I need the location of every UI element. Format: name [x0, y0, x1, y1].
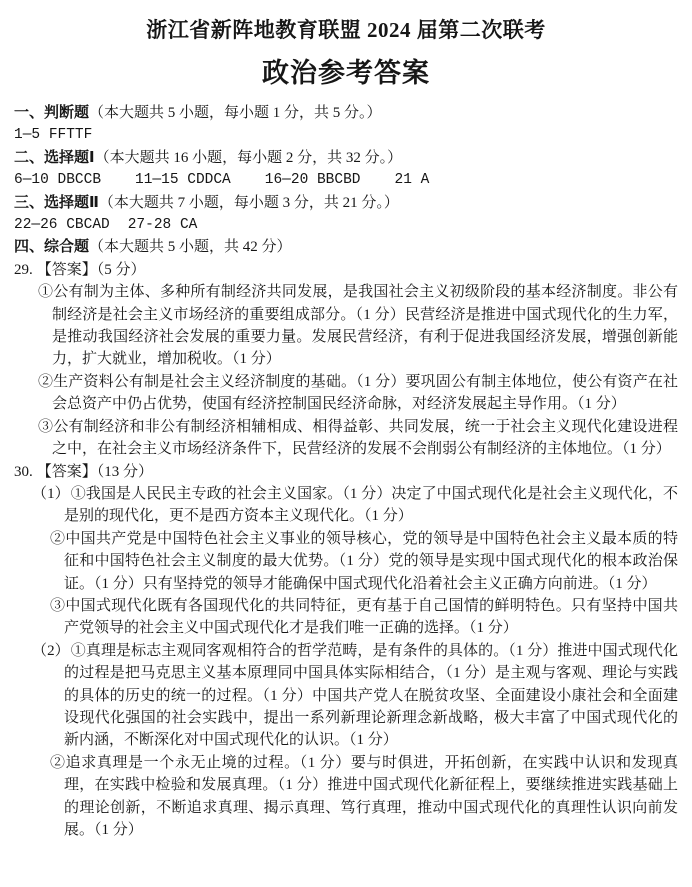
- document-body: 一、判断题（本大题共 5 小题，每小题 1 分，共 5 分。） 1—5 FFTT…: [14, 102, 678, 841]
- question-number: 30.: [14, 464, 33, 480]
- answer-letters: CDDCA: [187, 172, 231, 188]
- answer-range: 27-28: [128, 217, 172, 233]
- answer-point: ②生产资料公有制是社会主义经济制度的基础。（1 分）要巩固公有制主体地位，使公有…: [14, 371, 678, 416]
- answer-row-judgment: 1—5 FFTTF: [14, 124, 678, 146]
- section-heading-comprehensive: 四、综合题（本大题共 5 小题，共 42 分）: [14, 236, 678, 258]
- section-note: （本大题共 7 小题，每小题 3 分，共 21 分。）: [99, 195, 399, 211]
- part-marker: （1）: [32, 486, 70, 502]
- section-heading-judgment: 一、判断题（本大题共 5 小题，每小题 1 分，共 5 分。）: [14, 102, 678, 124]
- answer-label: 【答案】: [37, 262, 97, 278]
- answer-group: 21 A: [395, 169, 430, 191]
- answer-letters: CBCAD: [66, 217, 110, 233]
- question-30: 30.【答案】（13 分） （1）①我国是人民民主专政的社会主义国家。（1 分）…: [14, 461, 678, 842]
- answer-letters: FFTTF: [49, 127, 93, 143]
- answer-letters: A: [421, 172, 430, 188]
- answer-point: ③中国式现代化既有各国现代化的共同特征，更有基于自己国情的鲜明特色。只有坚持中国…: [14, 595, 678, 640]
- answer-point: （2）①真理是标志主观同客观相符合的哲学范畴，是有条件的具体的。（1 分）推进中…: [14, 640, 678, 752]
- section-label: 二、选择题Ⅰ: [14, 149, 95, 166]
- answer-point: ②中国共产党是中国特色社会主义事业的领导核心，党的领导是中国特色社会主义最本质的…: [14, 528, 678, 595]
- answer-group: 1—5 FFTTF: [14, 124, 92, 146]
- answer-group: 27-28 CA: [128, 214, 198, 236]
- question-29-header: 29.【答案】（5 分）: [14, 259, 678, 281]
- answer-letters: CA: [180, 217, 197, 233]
- score-label: （13 分）: [97, 464, 153, 480]
- question-30-part-2: （2）①真理是标志主观同客观相符合的哲学范畴，是有条件的具体的。（1 分）推进中…: [14, 640, 678, 842]
- answer-key-page: 浙江省新阵地教育联盟 2024 届第二次联考 政治参考答案 一、判断题（本大题共…: [0, 0, 692, 887]
- exam-title: 浙江省新阵地教育联盟 2024 届第二次联考: [14, 14, 678, 46]
- answer-point-text: ①真理是标志主观同客观相符合的哲学范畴，是有条件的具体的。（1 分）推进中国式现…: [64, 643, 678, 749]
- answer-group: 11—15 CDDCA: [135, 169, 231, 191]
- answer-point-text: ①我国是人民民主专政的社会主义国家。（1 分）决定了中国式现代化是社会主义现代化…: [64, 486, 678, 524]
- answer-range: 6—10: [14, 172, 49, 188]
- answer-row-choice1: 6—10 DBCCB 11—15 CDDCA 16—20 BBCBD 21 A: [14, 169, 678, 191]
- answer-group: 22—26 CBCAD: [14, 214, 110, 236]
- answer-point: ③公有制经济和非公有制经济相辅相成、相得益彰、共同发展，统一于社会主义现代化建设…: [14, 416, 678, 461]
- question-30-part-1: （1）①我国是人民民主专政的社会主义国家。（1 分）决定了中国式现代化是社会主义…: [14, 483, 678, 640]
- section-note: （本大题共 5 小题，共 42 分）: [89, 239, 292, 255]
- score-label: （5 分）: [97, 262, 146, 278]
- section-heading-choice1: 二、选择题Ⅰ（本大题共 16 小题，每小题 2 分，共 32 分。）: [14, 147, 678, 169]
- section-heading-choice2: 三、选择题Ⅱ（本大题共 7 小题，每小题 3 分，共 21 分。）: [14, 192, 678, 214]
- answer-letters: BBCBD: [317, 172, 361, 188]
- answer-range: 22—26: [14, 217, 58, 233]
- section-note: （本大题共 16 小题，每小题 2 分，共 32 分。）: [95, 150, 403, 166]
- question-number: 29.: [14, 262, 33, 278]
- section-label: 一、判断题: [14, 104, 89, 121]
- section-label: 三、选择题Ⅱ: [14, 194, 99, 211]
- section-note: （本大题共 5 小题，每小题 1 分，共 5 分。）: [89, 105, 382, 121]
- answer-label: 【答案】: [37, 464, 97, 480]
- question-30-header: 30.【答案】（13 分）: [14, 461, 678, 483]
- page-title: 政治参考答案: [14, 55, 678, 91]
- answer-point: （1）①我国是人民民主专政的社会主义国家。（1 分）决定了中国式现代化是社会主义…: [14, 483, 678, 528]
- answer-range: 16—20: [265, 172, 309, 188]
- answer-group: 16—20 BBCBD: [265, 169, 361, 191]
- answer-range: 11—15: [135, 172, 179, 188]
- answer-group: 6—10 DBCCB: [14, 169, 101, 191]
- answer-point: ②追求真理是一个永无止境的过程。（1 分）要与时俱进，开拓创新，在实践中认识和发…: [14, 752, 678, 842]
- answer-row-choice2: 22—26 CBCAD 27-28 CA: [14, 214, 678, 236]
- question-29: 29.【答案】（5 分） ①公有制为主体、多种所有制经济共同发展，是我国社会主义…: [14, 259, 678, 461]
- part-marker: （2）: [32, 643, 70, 659]
- answer-point: ①公有制为主体、多种所有制经济共同发展，是我国社会主义初级阶段的基本经济制度。非…: [14, 281, 678, 371]
- answer-range: 1—5: [14, 127, 40, 143]
- answer-range: 21: [395, 172, 412, 188]
- section-label: 四、综合题: [14, 238, 89, 255]
- answer-letters: DBCCB: [58, 172, 102, 188]
